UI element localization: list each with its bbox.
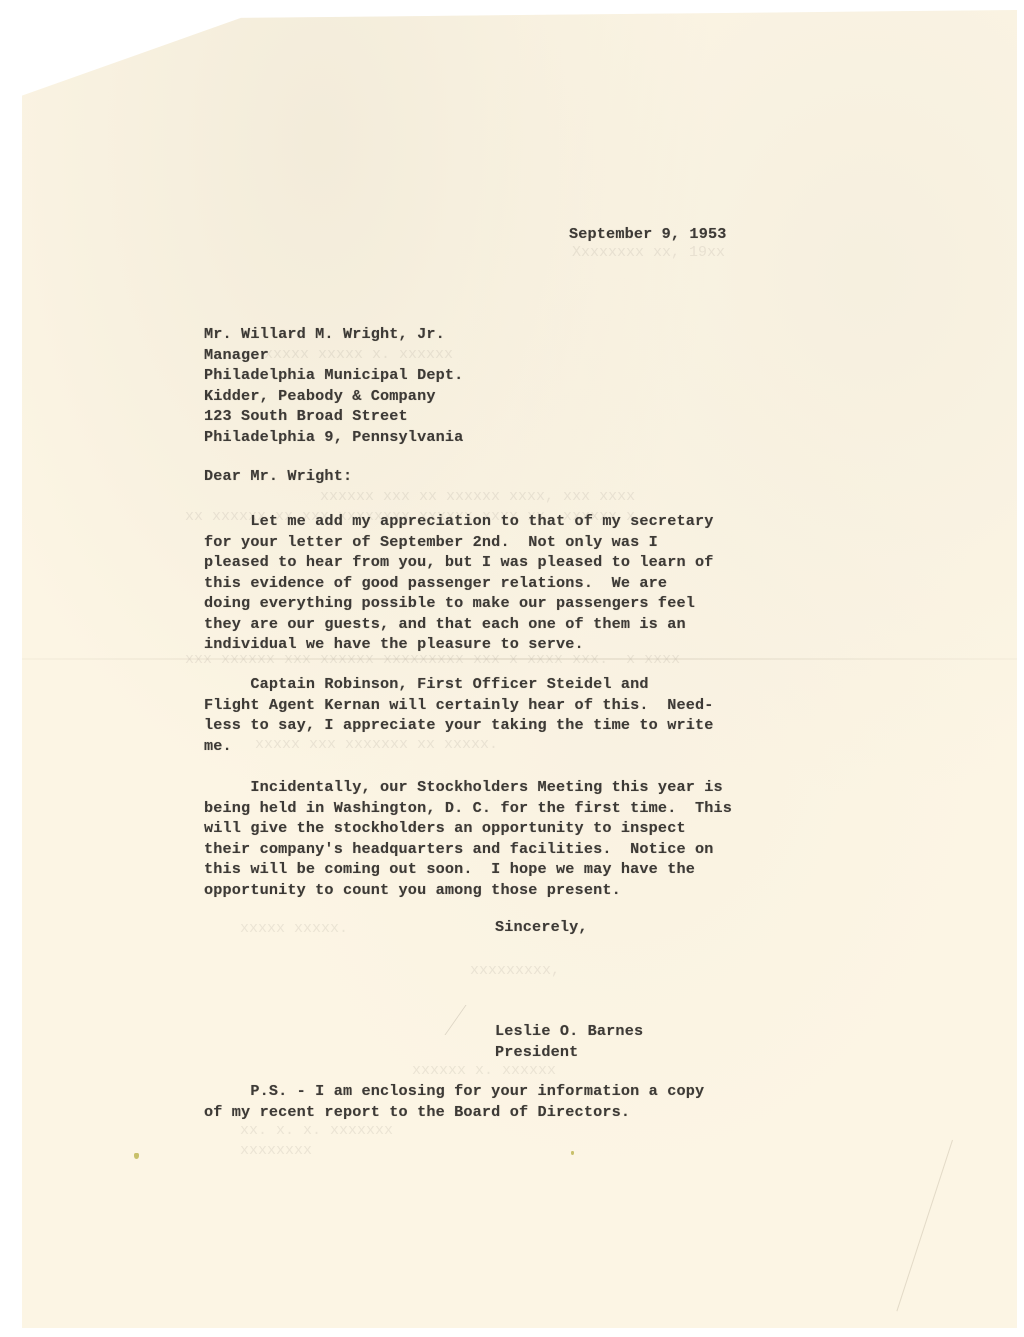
paragraph-line: this evidence of good passenger relation…: [204, 574, 667, 592]
closing: Sincerely,: [495, 917, 588, 938]
body-paragraph-3: Incidentally, our Stockholders Meeting t…: [204, 777, 732, 900]
recipient-line: Kidder, Peabody & Company: [204, 387, 436, 405]
paragraph-line: doing everything possible to make our pa…: [204, 594, 695, 612]
paragraph-line: being held in Washington, D. C. for the …: [204, 799, 732, 817]
postscript-line: of my recent report to the Board of Dire…: [204, 1103, 630, 1121]
paragraph-line: Flight Agent Kernan will certainly hear …: [204, 696, 714, 714]
paragraph-line: Captain Robinson, First Officer Steidel …: [204, 675, 649, 693]
paper-stain: [571, 1151, 574, 1155]
recipient-line: Philadelphia Municipal Dept.: [204, 366, 463, 384]
paragraph-line: will give the stockholders an opportunit…: [204, 819, 686, 837]
body-paragraph-2: Captain Robinson, First Officer Steidel …: [204, 674, 714, 756]
paragraph-line: individual we have the pleasure to serve…: [204, 635, 584, 653]
body-paragraph-1: Let me add my appreciation to that of my…: [204, 511, 714, 655]
letter-date: September 9, 1953: [569, 224, 727, 245]
paragraph-line: they are our guests, and that each one o…: [204, 615, 686, 633]
recipient-line: Mr. Willard M. Wright, Jr.: [204, 325, 445, 343]
bleed-through-text: xxxxxx x. xxxxxx: [412, 1062, 556, 1079]
signatory-name: Leslie O. Barnes: [495, 1021, 643, 1042]
recipient-address: Mr. Willard M. Wright, Jr. Manager Phila…: [204, 324, 463, 447]
recipient-line: 123 South Broad Street: [204, 407, 408, 425]
letter-page: [22, 10, 1017, 1328]
salutation: Dear Mr. Wright:: [204, 466, 352, 487]
bleed-through-text: Xxxxxxxx xx, 19xx: [572, 244, 725, 261]
bleed-through-text: xx. x. x. xxxxxxx: [240, 1122, 393, 1139]
paragraph-line: this will be coming out soon. I hope we …: [204, 860, 695, 878]
bleed-through-text: xxxxxx xxx xx xxxxxx xxxx, xxx xxxx: [185, 488, 635, 505]
paragraph-line: pleased to hear from you, but I was plea…: [204, 553, 714, 571]
paragraph-line: for your letter of September 2nd. Not on…: [204, 533, 658, 551]
paragraph-line: Let me add my appreciation to that of my…: [204, 512, 714, 530]
recipient-line: Philadelphia 9, Pennsylvania: [204, 428, 463, 446]
signatory-title: President: [495, 1042, 578, 1063]
paragraph-line: Incidentally, our Stockholders Meeting t…: [204, 778, 723, 796]
paper-stain: [134, 1153, 139, 1159]
paragraph-line: opportunity to count you among those pre…: [204, 881, 621, 899]
recipient-line: Manager: [204, 346, 269, 364]
bleed-through-text: xxxxxxxx: [240, 1142, 312, 1159]
paragraph-line: me.: [204, 737, 232, 755]
bleed-through-text: xxxxxxxxx,: [470, 962, 560, 979]
paragraph-line: their company's headquarters and facilit…: [204, 840, 714, 858]
postscript: P.S. - I am enclosing for your informati…: [204, 1081, 704, 1122]
paragraph-line: less to say, I appreciate your taking th…: [204, 716, 714, 734]
bleed-through-text: xxxxx xxxxx.: [240, 920, 348, 937]
paper-crease: [896, 1140, 953, 1311]
postscript-line: P.S. - I am enclosing for your informati…: [204, 1082, 704, 1100]
